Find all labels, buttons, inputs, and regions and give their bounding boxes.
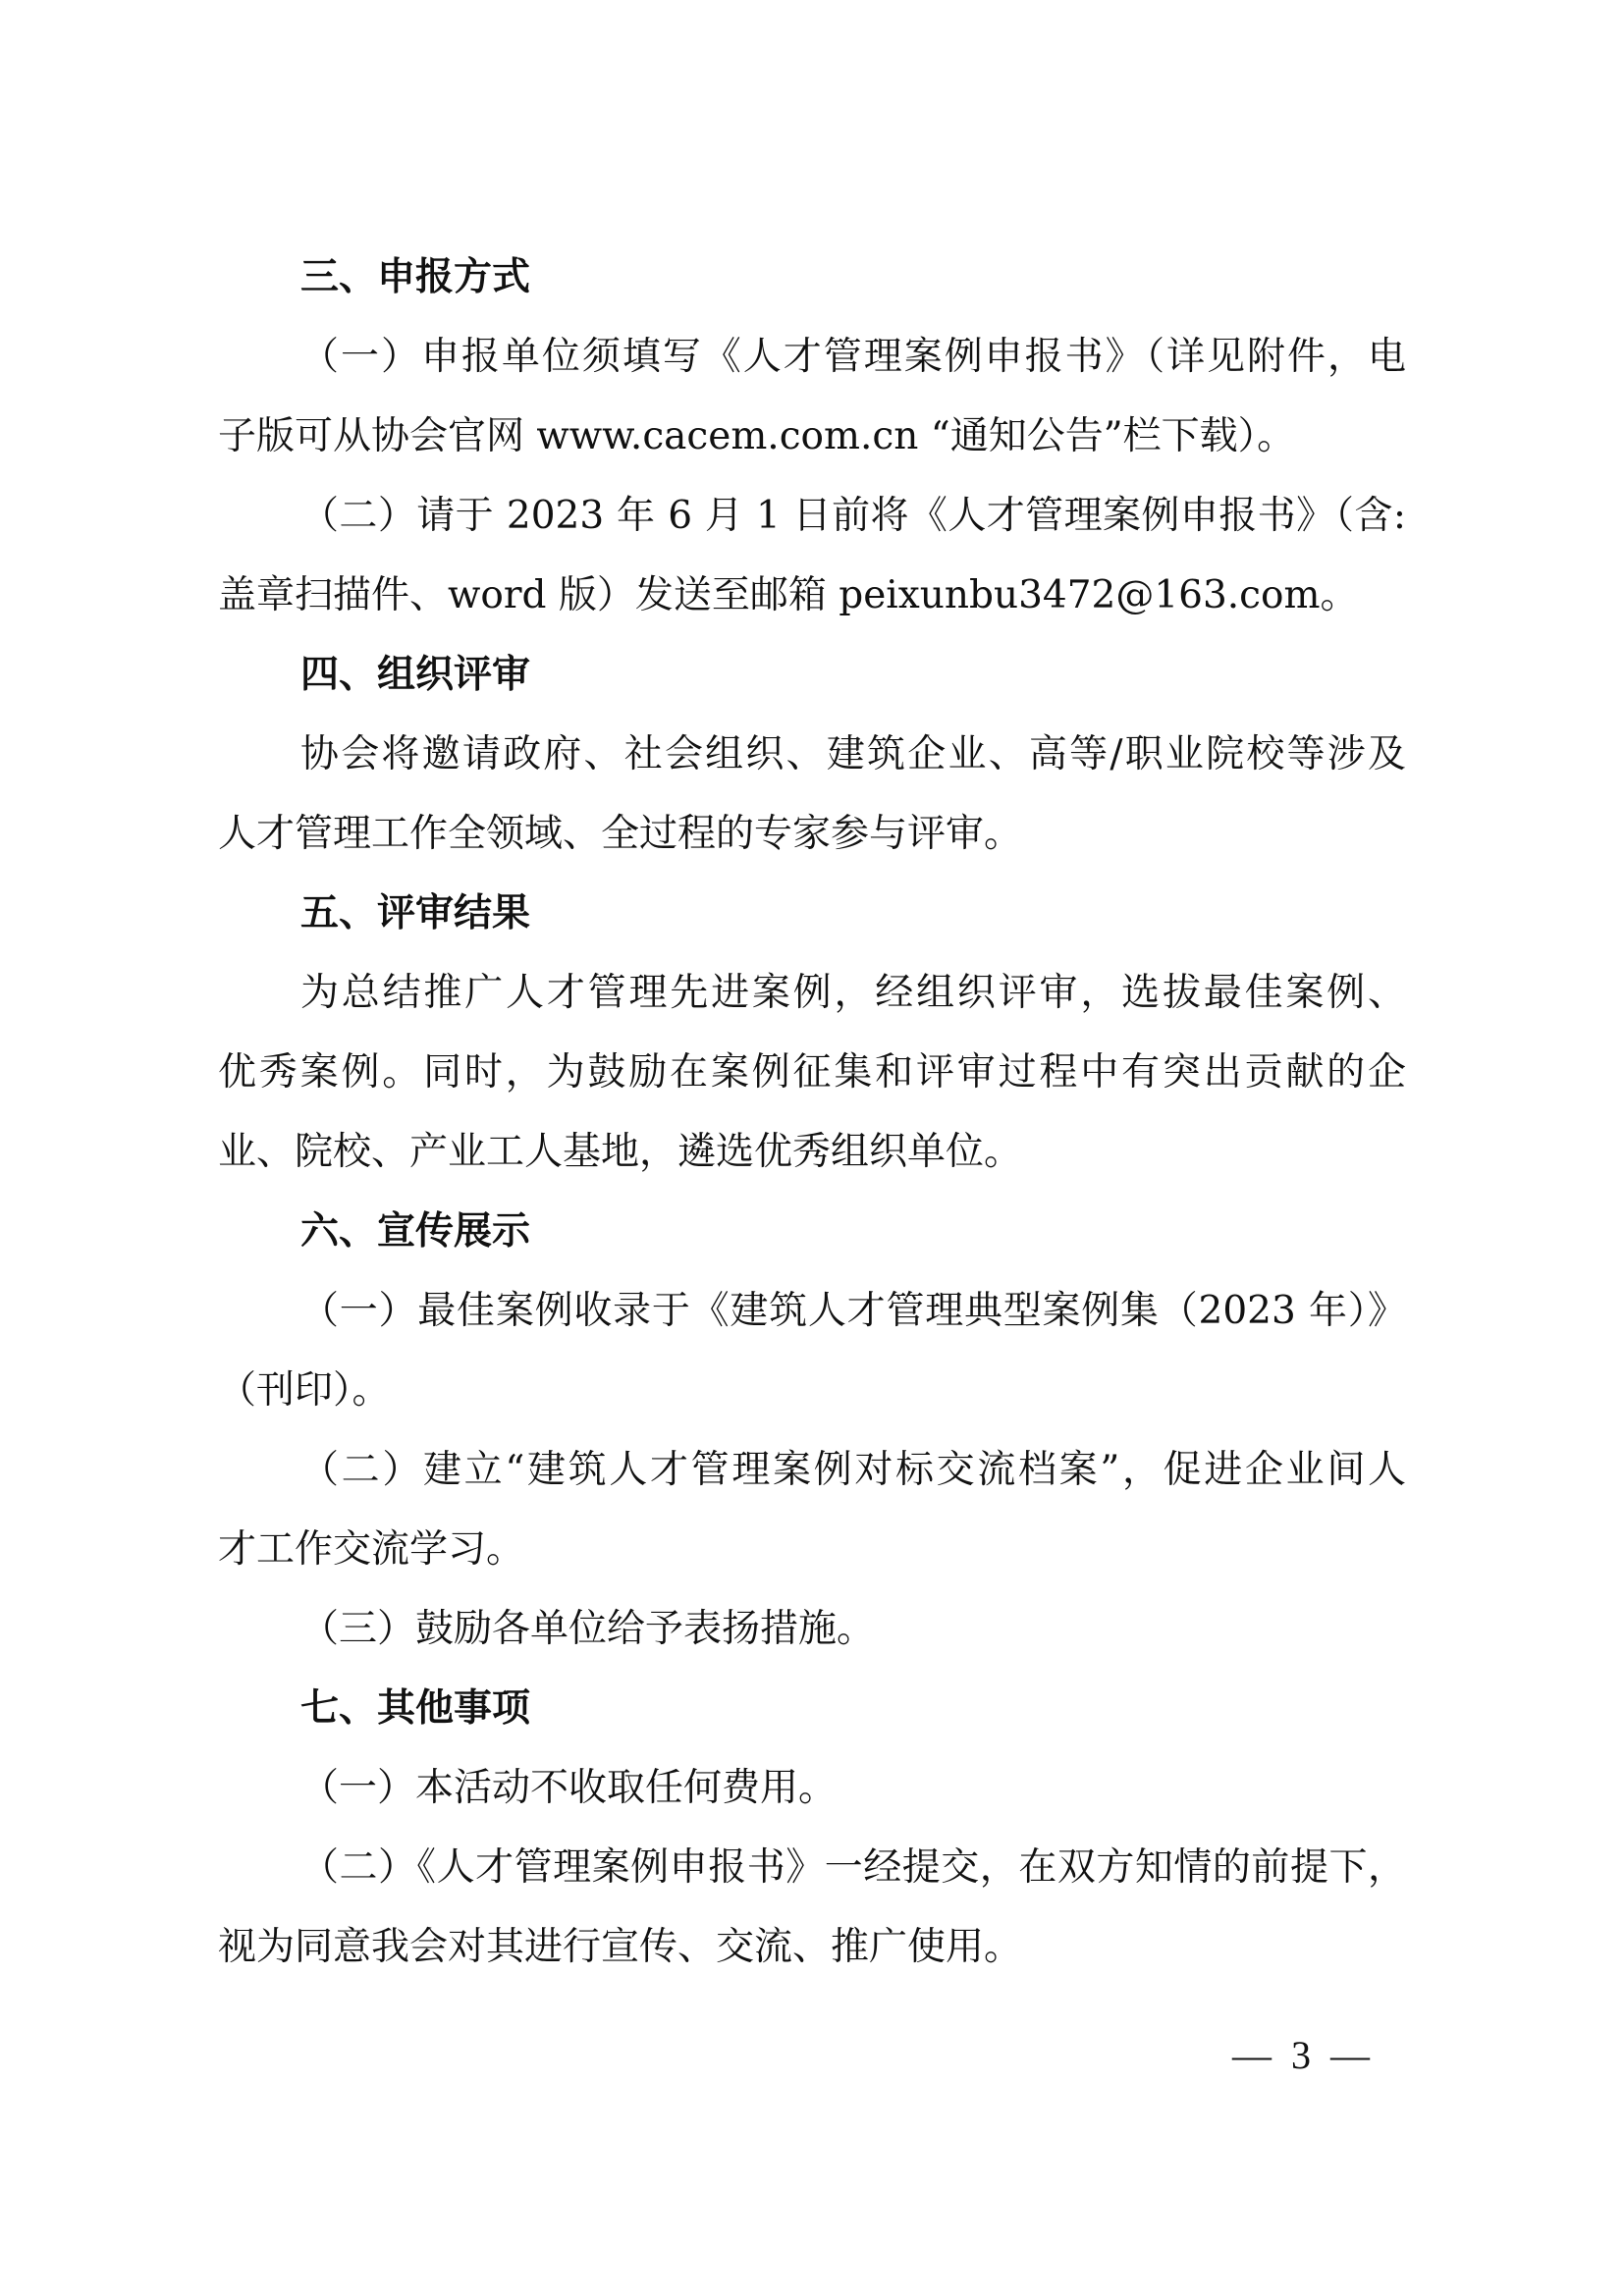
section-heading-review-results: 五、评审结果 [218, 874, 1406, 953]
paragraph-line: 协会将邀请政府、社会组织、建筑企业、高等/职业院校等涉及 [218, 715, 1406, 794]
section-heading-application-method: 三、申报方式 [218, 238, 1406, 317]
paragraph-line: 为总结推广人才管理先进案例，经组织评审，选拔最佳案例、 [218, 953, 1406, 1033]
paragraph-line: 优秀案例。同时，为鼓励在案例征集和评审过程中有突出贡献的企 [218, 1033, 1406, 1112]
paragraph-line: （二）请于 2023 年 6 月 1 日前将《人才管理案例申报书》（含: [218, 476, 1406, 556]
section-heading-publicity: 六、宣传展示 [218, 1192, 1406, 1271]
section-heading-other-matters: 七、其他事项 [218, 1669, 1406, 1748]
paragraph-line: 人才管理工作全领域、全过程的专家参与评审。 [218, 794, 1406, 874]
page-number: — 3 — [1232, 2032, 1370, 2078]
section-heading-organize-review: 四、组织评审 [218, 635, 1406, 715]
paragraph-line: （二）《人才管理案例申报书》一经提交，在双方知情的前提下， [218, 1828, 1406, 1907]
paragraph-line: （一）最佳案例收录于《建筑人才管理典型案例集（2023 年）》 [218, 1271, 1406, 1351]
paragraph-line: 盖章扫描件、word 版）发送至邮箱 peixunbu3472@163.com。 [218, 556, 1406, 635]
paragraph-line: （刊印）。 [218, 1351, 1406, 1430]
paragraph-line: （二）建立“建筑人才管理案例对标交流档案”，促进企业间人 [218, 1430, 1406, 1510]
paragraph-line: （一）本活动不收取任何费用。 [218, 1748, 1406, 1828]
paragraph-line: 子版可从协会官网 www.cacem.com.cn “通知公告”栏下载）。 [218, 397, 1406, 476]
paragraph-line: （三）鼓励各单位给予表扬措施。 [218, 1589, 1406, 1669]
paragraph-line: （一）申报单位须填写《人才管理案例申报书》（详见附件，电 [218, 317, 1406, 397]
paragraph-line: 视为同意我会对其进行宣传、交流、推广使用。 [218, 1907, 1406, 1987]
paragraph-line: 业、院校、产业工人基地，遴选优秀组织单位。 [218, 1112, 1406, 1192]
paragraph-line: 才工作交流学习。 [218, 1510, 1406, 1589]
document-page: 三、申报方式 （一）申报单位须填写《人才管理案例申报书》（详见附件，电 子版可从… [218, 238, 1406, 1987]
